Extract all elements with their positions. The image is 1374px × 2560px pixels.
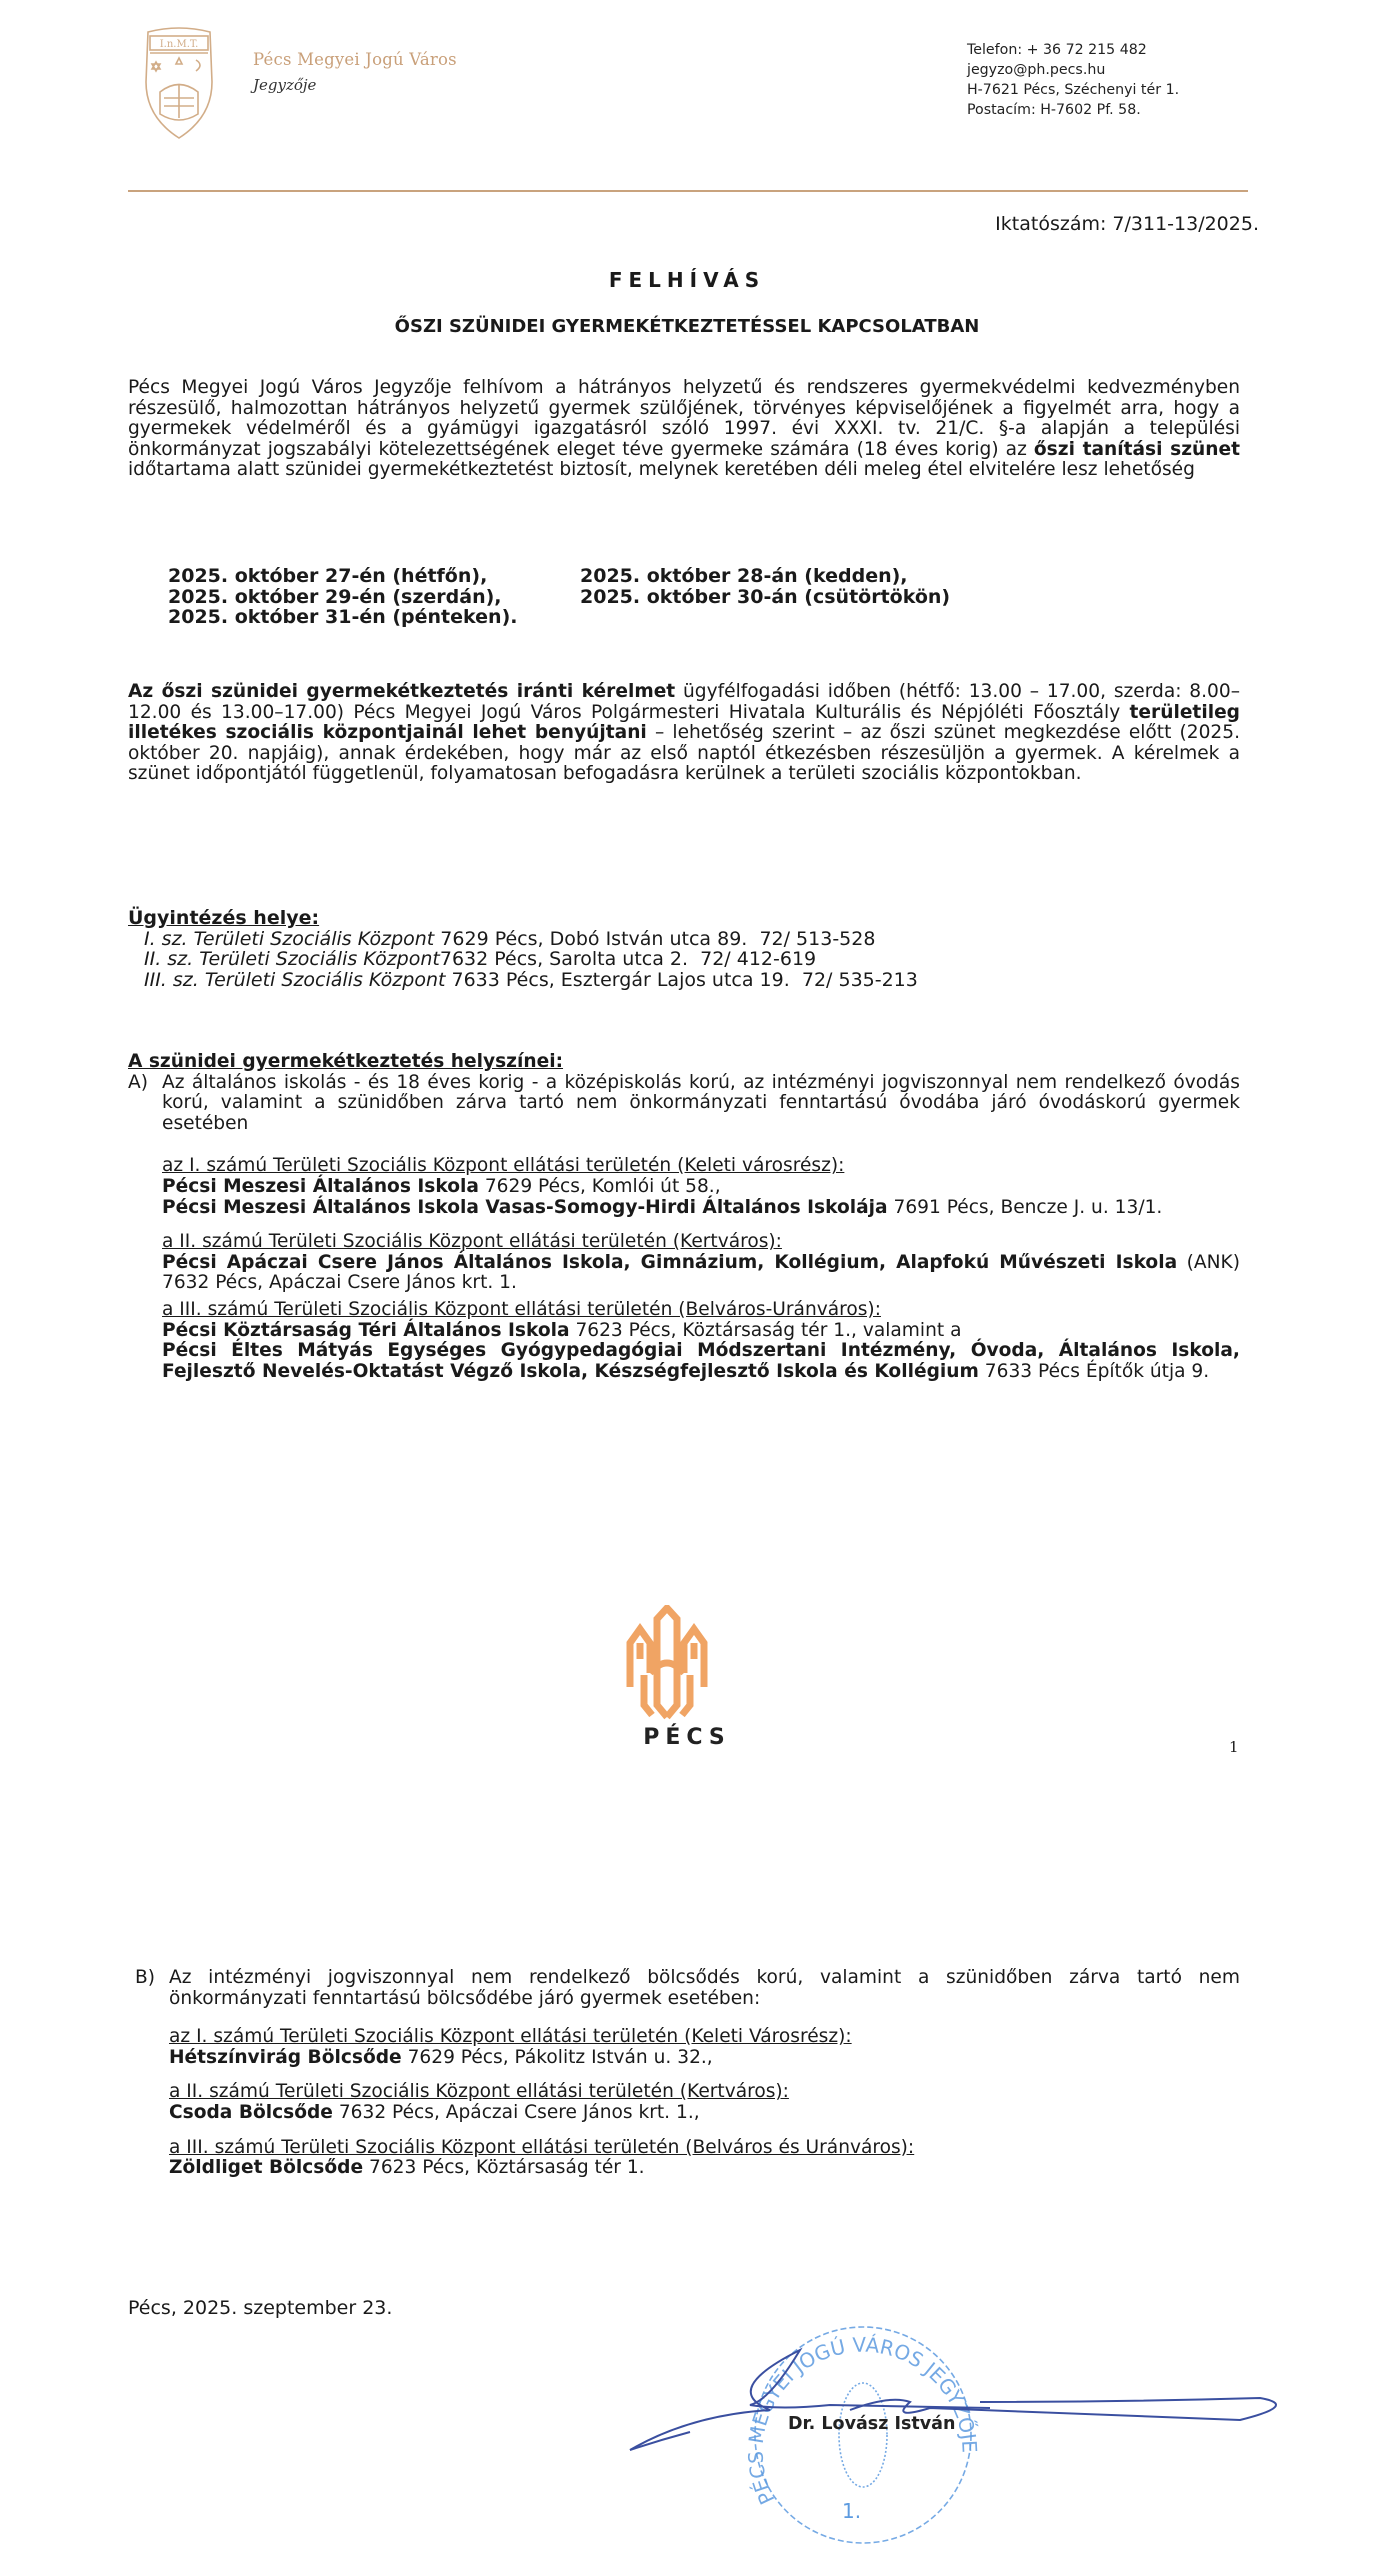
district-block: a II. számú Területi Szociális Központ e…: [128, 1232, 1240, 1294]
office-item: I. sz. Területi Szociális Központ 7629 P…: [128, 929, 918, 950]
section-a: A) Az általános iskolás - és 18 éves kor…: [128, 1073, 1240, 1135]
district-heading: a II. számú Területi Szociális Központ e…: [169, 2082, 1240, 2103]
pecs-city-logo-icon: [622, 1605, 712, 1723]
section-b: B) Az intézményi jogviszonnyal nem rende…: [135, 1968, 1240, 2179]
district-block: az I. számú Területi Szociális Központ e…: [128, 1156, 1240, 1218]
document-subtitle: ŐSZI SZÜNIDEI GYERMEKÉTKEZTETÉSSEL KAPCS…: [0, 316, 1374, 337]
location-entry: Pécsi Köztársaság Téri Általános Iskola …: [162, 1321, 1240, 1342]
office-phone: 72/ 535-213: [802, 969, 918, 991]
office-item: III. sz. Területi Szociális Központ 7633…: [128, 970, 918, 991]
header-divider: [128, 190, 1248, 192]
locations-heading: A szünidei gyermekétkeztetés helyszínei:: [128, 1052, 1240, 1073]
dates-column-2: 2025. október 28-án (kedden), 2025. októ…: [580, 566, 950, 607]
contact-phone: Telefon: + 36 72 215 482: [967, 40, 1179, 60]
district-block: az I. számú Területi Szociális Központ e…: [135, 2027, 1240, 2068]
offices-section: Ügyintézés helye: I. sz. Területi Szociá…: [128, 908, 918, 990]
district-heading: az I. számú Területi Szociális Központ e…: [169, 2027, 1240, 2048]
date-item: 2025. október 28-án (kedden),: [580, 566, 950, 587]
office-item: II. sz. Területi Szociális Központ7632 P…: [128, 949, 918, 970]
coat-of-arms-icon: I.n.M.T.: [140, 22, 218, 142]
location-entry: Hétszínvirág Bölcsőde 7629 Pécs, Pákolit…: [169, 2048, 1240, 2069]
location-entry: Pécsi Éltes Mátyás Egységes Gyógypedagóg…: [162, 1341, 1240, 1382]
svg-text:1.: 1.: [842, 2499, 861, 2523]
contact-block: Telefon: + 36 72 215 482 jegyzo@ph.pecs.…: [967, 40, 1179, 120]
office-phone: 72/ 412-619: [700, 948, 816, 970]
pecs-logo-text: PÉCS: [0, 1725, 1374, 1750]
contact-email[interactable]: jegyzo@ph.pecs.hu: [967, 60, 1179, 80]
date-item: 2025. október 27-én (hétfőn),: [168, 566, 517, 587]
page-number: 1: [1229, 1738, 1239, 1756]
district-heading: az I. számú Területi Szociális Központ e…: [162, 1156, 1240, 1177]
intro-paragraph: Pécs Megyei Jogú Város Jegyzője felhívom…: [128, 378, 1240, 481]
document-title: FELHÍVÁS: [0, 268, 1374, 292]
location-entry: Pécsi Meszesi Általános Iskola 7629 Pécs…: [162, 1177, 1240, 1198]
reference-number: Iktatószám: 7/311-13/2025.: [995, 213, 1259, 235]
district-heading: a III. számú Területi Szociális Központ …: [162, 1300, 1240, 1321]
application-paragraph: Az őszi szünidei gyermekétkeztetés iránt…: [128, 682, 1240, 785]
svg-text:I.n.M.T.: I.n.M.T.: [160, 39, 199, 50]
district-block: a III. számú Területi Szociális Központ …: [128, 1300, 1240, 1382]
district-block: a III. számú Területi Szociális Központ …: [135, 2138, 1240, 2179]
office-phone: 72/ 513-528: [759, 928, 875, 950]
district-heading: a II. számú Területi Szociális Központ e…: [162, 1232, 1240, 1253]
section-letter: B): [135, 1968, 169, 2009]
service-dates: 2025. október 27-én (hétfőn), 2025. októ…: [168, 566, 517, 628]
signer-name: Dr. Lovász István: [788, 2414, 955, 2434]
organization-name: Pécs Megyei Jogú Város: [253, 50, 457, 69]
location-entry: Pécsi Apáczai Csere János Általános Isko…: [162, 1253, 1240, 1294]
locations-section: A szünidei gyermekétkeztetés helyszínei:…: [128, 1052, 1240, 1382]
district-heading: a III. számú Területi Szociális Központ …: [169, 2138, 1240, 2159]
organization-subtitle: Jegyzője: [253, 76, 316, 94]
date-item: 2025. október 29-én (szerdán),: [168, 587, 517, 608]
offices-heading: Ügyintézés helye:: [128, 908, 918, 929]
date-item: 2025. október 30-án (csütörtökön): [580, 587, 950, 608]
place-and-date: Pécs, 2025. szeptember 23.: [128, 2297, 392, 2319]
date-item: 2025. október 31-én (pénteken).: [168, 607, 517, 628]
intro-bold: őszi tanítási szünet: [1034, 439, 1240, 460]
location-entry: Csoda Bölcsőde 7632 Pécs, Apáczai Csere …: [169, 2103, 1240, 2124]
contact-postal: Postacím: H-7602 Pf. 58.: [967, 100, 1179, 120]
location-entry: Zöldliget Bölcsőde 7623 Pécs, Köztársasá…: [169, 2158, 1240, 2179]
location-entry: Pécsi Meszesi Általános Iskola Vasas-Som…: [162, 1198, 1240, 1219]
contact-address: H-7621 Pécs, Széchenyi tér 1.: [967, 80, 1179, 100]
district-block: a II. számú Területi Szociális Központ e…: [135, 2082, 1240, 2123]
section-letter: A): [128, 1073, 162, 1135]
